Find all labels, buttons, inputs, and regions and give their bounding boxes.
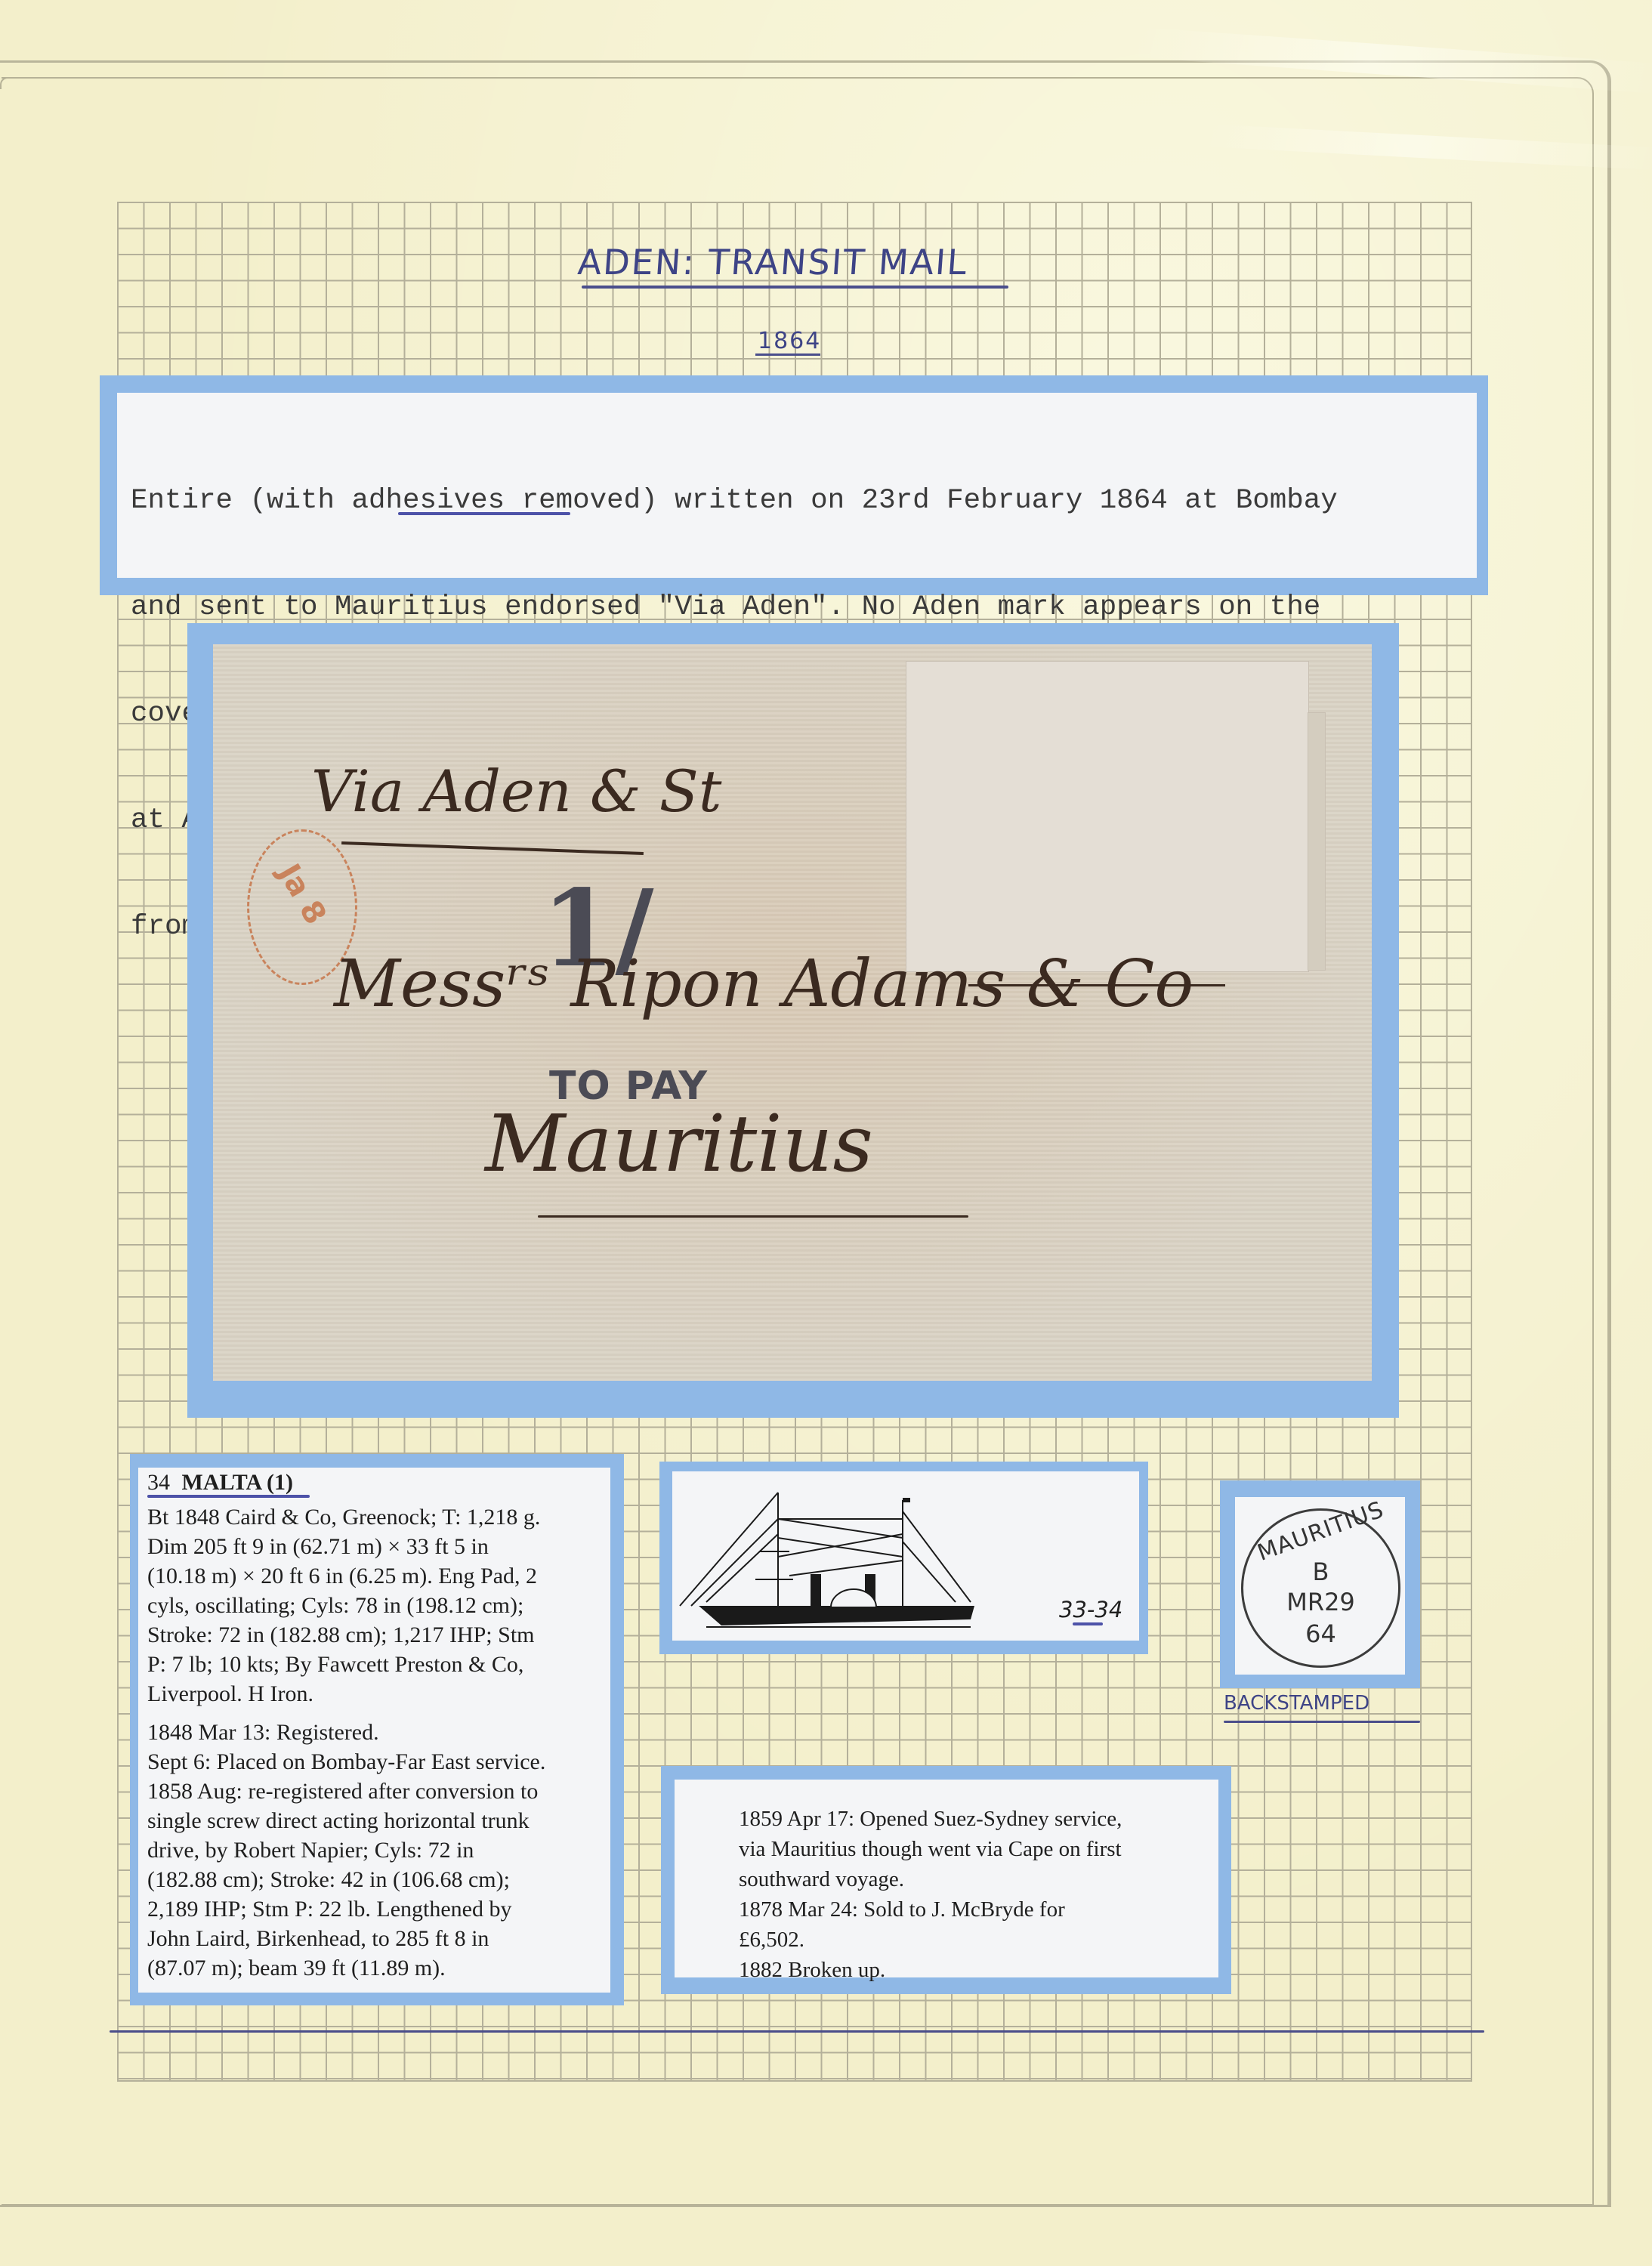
- addressee-strike: [968, 984, 1225, 986]
- destination-mauritius: Mauritius: [485, 1097, 873, 1190]
- spec-line: Stroke: 72 in (182.88 cm); 1,217 IHP; St…: [147, 1620, 601, 1650]
- caption-mount: Entire (with adhesives removed) written …: [100, 375, 1488, 595]
- ss-malta-underline: [398, 512, 570, 515]
- later-history-line: 1882 Broken up.: [739, 1955, 1218, 1985]
- ship-name: MALTA (1): [182, 1470, 294, 1495]
- spec-line: P: 7 lb; 10 kts; By Fawcett Preston & Co…: [147, 1650, 601, 1679]
- history-line: drive, by Robert Napier; Cyls: 72 in: [147, 1835, 601, 1865]
- flap-fold: [1308, 712, 1326, 971]
- page-title-underline: [582, 286, 1008, 289]
- history-line: (182.88 cm); Stroke: 42 in (106.68 cm);: [147, 1865, 601, 1894]
- ship-history-mount: 1859 Apr 17: Opened Suez-Sydney service,…: [661, 1766, 1231, 1994]
- ship-history-early: 1848 Mar 13: Registered. Sept 6: Placed …: [147, 1718, 601, 1983]
- spec-line: (10.18 m) × 20 ft 6 in (6.25 m). Eng Pad…: [147, 1561, 601, 1591]
- endorsement-underline: [341, 841, 644, 855]
- ship-caption-underline: [1073, 1622, 1103, 1625]
- caption-line: Entire (with adhesives removed) written …: [131, 483, 1338, 519]
- backstamped-underline: [1224, 1721, 1420, 1723]
- later-history-line: southward voyage.: [739, 1864, 1218, 1894]
- adhesive-removed-patch: [906, 661, 1309, 972]
- later-history-line: 1859 Apr 17: Opened Suez-Sydney service,: [739, 1804, 1218, 1834]
- ship-number: 34: [147, 1470, 170, 1495]
- postmark-date: MR29: [1243, 1588, 1398, 1616]
- backstamp-mount: MAURITIUS B MR29 64: [1220, 1480, 1420, 1688]
- history-line: 1848 Mar 13: Registered.: [147, 1718, 601, 1747]
- page-title: ADEN: TRANSIT MAIL: [576, 242, 969, 282]
- postmark-letter: B: [1243, 1557, 1398, 1586]
- caption-paper: Entire (with adhesives removed) written …: [117, 393, 1477, 578]
- via-aden-endorsement: Via Aden & St: [311, 758, 721, 825]
- ship-image-mount: 33-34: [659, 1462, 1148, 1654]
- later-history-line: 1878 Mar 24: Sold to J. McBryde for: [739, 1894, 1218, 1925]
- ship-history-card: 1859 Apr 17: Opened Suez-Sydney service,…: [675, 1780, 1218, 1977]
- ship-image-card: 33-34: [672, 1471, 1139, 1641]
- history-line: John Laird, Birkenhead, to 285 ft 8 in: [147, 1924, 601, 1953]
- ship-data-card: 34 MALTA (1) Bt 1848 Caird & Co, Greenoc…: [138, 1468, 610, 1993]
- destination-underline: [538, 1215, 968, 1218]
- history-line: 2,189 IHP; Stm P: 22 lb. Lengthened by: [147, 1894, 601, 1924]
- later-history-line: £6,502.: [739, 1925, 1218, 1955]
- page-bottom-rule: [110, 2030, 1484, 2033]
- page-year-underline: [755, 353, 820, 356]
- spec-line: Liverpool. H Iron.: [147, 1679, 601, 1709]
- later-history-line: via Mauritius though went via Cape on fi…: [739, 1834, 1218, 1864]
- spec-line: cyls, oscillating; Cyls: 78 in (198.12 c…: [147, 1591, 601, 1620]
- spec-line: Bt 1848 Caird & Co, Greenock; T: 1,218 g…: [147, 1502, 601, 1532]
- backstamp-card: MAURITIUS B MR29 64: [1235, 1497, 1405, 1675]
- spec-line: Dim 205 ft 9 in (62.71 m) × 33 ft 5 in: [147, 1532, 601, 1561]
- mauritius-cds-postmark: MAURITIUS B MR29 64: [1241, 1508, 1400, 1668]
- history-line: Sept 6: Placed on Bombay-Far East servic…: [147, 1747, 601, 1777]
- cover-mount: Via Aden & St Ja 8 1/ TO PAY Messʳˢ Ripo…: [187, 623, 1399, 1418]
- red-postmark-text: Ja 8: [271, 858, 333, 930]
- ship-spec: Bt 1848 Caird & Co, Greenock; T: 1,218 g…: [147, 1502, 601, 1709]
- history-line: 1858 Aug: re-registered after conversion…: [147, 1777, 601, 1806]
- ship-image-caption: 33-34: [1059, 1597, 1122, 1622]
- page-year: 1864: [758, 328, 821, 354]
- history-line: single screw direct acting horizontal tr…: [147, 1806, 601, 1835]
- history-line: (87.07 m); beam 39 ft (11.89 m).: [147, 1953, 601, 1983]
- ship-data-mount: 34 MALTA (1) Bt 1848 Caird & Co, Greenoc…: [130, 1454, 624, 2005]
- paddle-steamer-icon: [676, 1477, 1054, 1628]
- ship-data-heading: 34 MALTA (1): [147, 1471, 601, 1495]
- caption-line: and sent to Mauritius endorsed "Via Aden…: [131, 590, 1338, 625]
- ship-heading-underline: [147, 1495, 310, 1498]
- entire-cover: Via Aden & St Ja 8 1/ TO PAY Messʳˢ Ripo…: [213, 644, 1372, 1381]
- backstamped-note: BACKSTAMPED: [1224, 1692, 1369, 1715]
- postmark-year: 64: [1243, 1619, 1398, 1648]
